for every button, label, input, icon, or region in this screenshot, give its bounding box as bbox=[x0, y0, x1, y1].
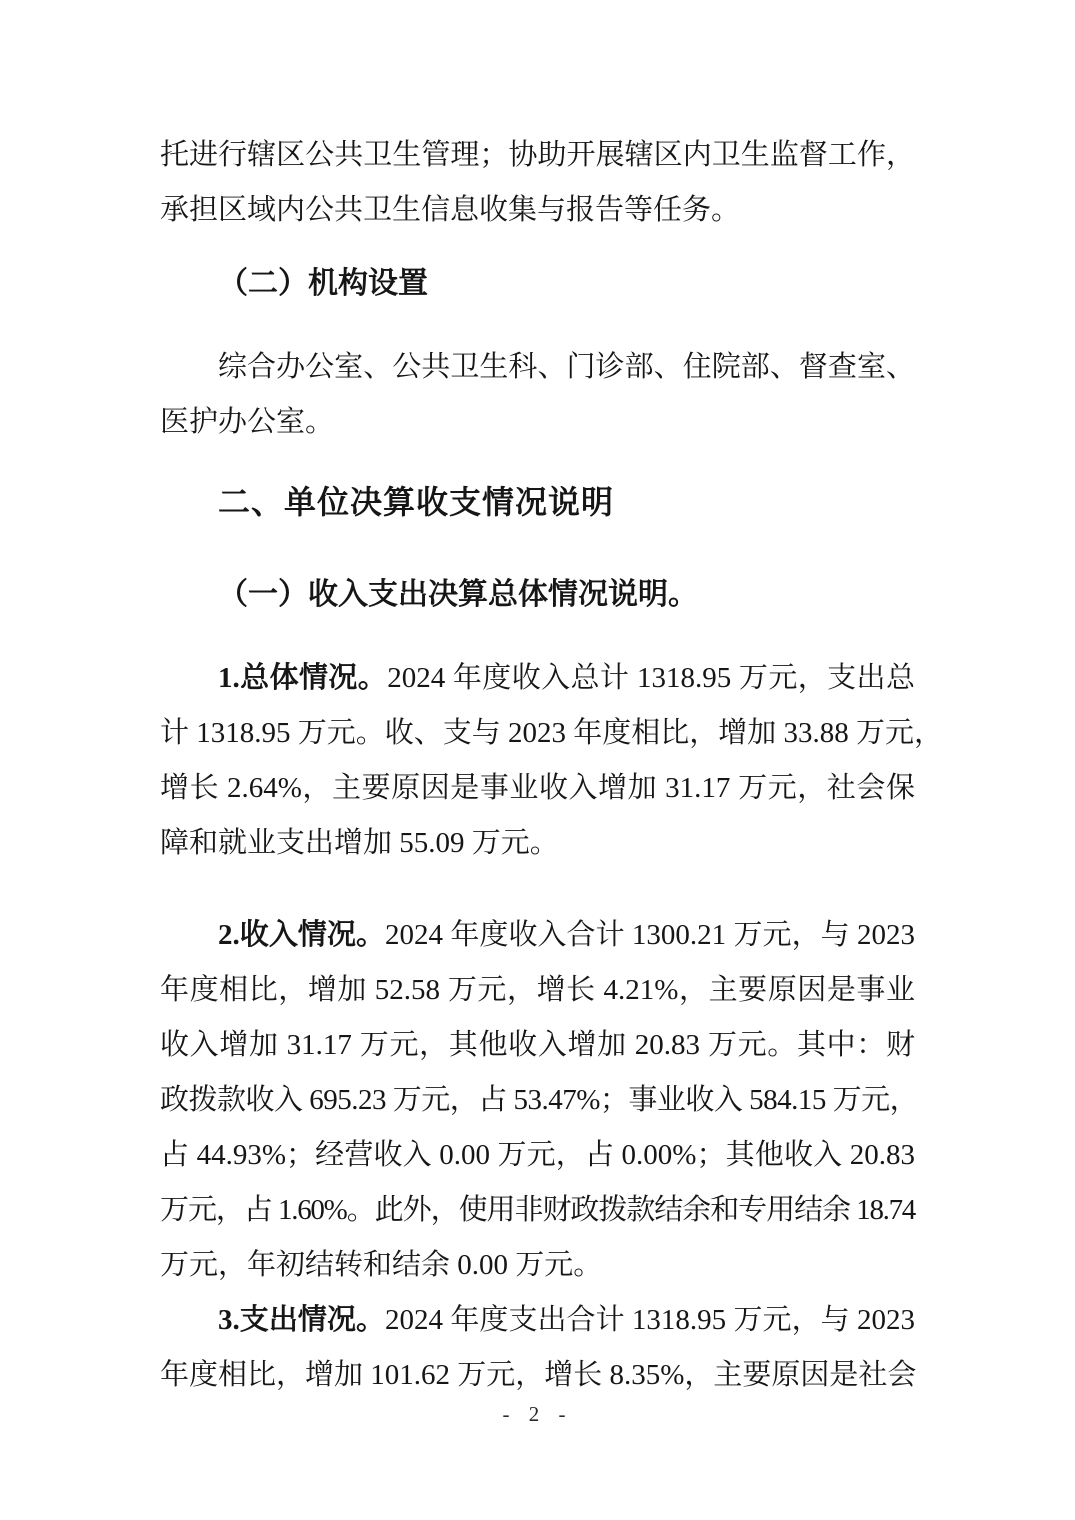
document-content: 托进行辖区公共卫生管理；协助开展辖区内卫生监督工作， 承担区域内公共卫生信息收集… bbox=[160, 128, 915, 1403]
paragraph-lead: 2.收入情况。 bbox=[218, 919, 385, 951]
text-line: 3.支出情况。2024 年度支出合计 1318.95 万元，与 2023 bbox=[160, 1293, 915, 1348]
heading-overall-statement: （一）收入支出决算总体情况说明。 bbox=[160, 564, 915, 626]
text-line: 综合办公室、公共卫生科、门诊部、住院部、督查室、 bbox=[160, 340, 915, 395]
paragraph-expenditure: 3.支出情况。2024 年度支出合计 1318.95 万元，与 2023 年度相… bbox=[160, 1293, 915, 1403]
text-line: 年度相比，增加 52.58 万元，增长 4.21%，主要原因是事业 bbox=[160, 963, 915, 1018]
text-line: 计 1318.95 万元。收、支与 2023 年度相比，增加 33.88 万元， bbox=[160, 706, 915, 761]
paragraph-overall: 1.总体情况。2024 年度收入总计 1318.95 万元，支出总 计 1318… bbox=[160, 651, 915, 871]
paragraph-text: 2024 年度支出合计 1318.95 万元，与 2023 bbox=[385, 1304, 915, 1336]
paragraph-carryover: 托进行辖区公共卫生管理；协助开展辖区内卫生监督工作， 承担区域内公共卫生信息收集… bbox=[160, 128, 915, 238]
text-line: 增长 2.64%，主要原因是事业收入增加 31.17 万元，社会保 bbox=[160, 761, 915, 816]
text-line: 医护办公室。 bbox=[160, 395, 915, 450]
paragraph-lead: 3.支出情况。 bbox=[218, 1304, 385, 1336]
paragraph-text: 2024 年度收入合计 1300.21 万元，与 2023 bbox=[385, 919, 915, 951]
text-line: 年度相比，增加 101.62 万元，增长 8.35%，主要原因是社会 bbox=[160, 1348, 915, 1403]
text-line: 2.收入情况。2024 年度收入合计 1300.21 万元，与 2023 bbox=[160, 908, 915, 963]
heading-section-two: 二、单位决算收支情况说明 bbox=[160, 470, 915, 534]
paragraph-lead: 1.总体情况。 bbox=[218, 662, 387, 694]
text-line: 1.总体情况。2024 年度收入总计 1318.95 万元，支出总 bbox=[160, 651, 915, 706]
text-line: 收入增加 31.17 万元，其他收入增加 20.83 万元。其中：财 bbox=[160, 1018, 915, 1073]
paragraph-text: 2024 年度收入总计 1318.95 万元，支出总 bbox=[387, 662, 915, 694]
text-line: 托进行辖区公共卫生管理；协助开展辖区内卫生监督工作， bbox=[160, 128, 915, 183]
text-line: 占 44.93%；经营收入 0.00 万元，占 0.00%；其他收入 20.83 bbox=[160, 1128, 915, 1183]
text-line: 政拨款收入 695.23 万元，占 53.47%；事业收入 584.15 万元， bbox=[160, 1073, 915, 1128]
document-page: 托进行辖区公共卫生管理；协助开展辖区内卫生监督工作， 承担区域内公共卫生信息收集… bbox=[0, 0, 1075, 1520]
text-line: 承担区域内公共卫生信息收集与报告等任务。 bbox=[160, 183, 915, 238]
text-line: 万元，占 1.60%。此外，使用非财政拨款结余和专用结余 18.74 bbox=[160, 1183, 915, 1238]
heading-org-setup: （二）机构设置 bbox=[160, 253, 915, 315]
paragraph-org-setup: 综合办公室、公共卫生科、门诊部、住院部、督查室、 医护办公室。 bbox=[160, 340, 915, 450]
text-line: 万元，年初结转和结余 0.00 万元。 bbox=[160, 1238, 915, 1293]
text-line: 障和就业支出增加 55.09 万元。 bbox=[160, 816, 915, 871]
paragraph-income: 2.收入情况。2024 年度收入合计 1300.21 万元，与 2023 年度相… bbox=[160, 908, 915, 1293]
page-number: - 2 - bbox=[0, 1398, 1075, 1430]
